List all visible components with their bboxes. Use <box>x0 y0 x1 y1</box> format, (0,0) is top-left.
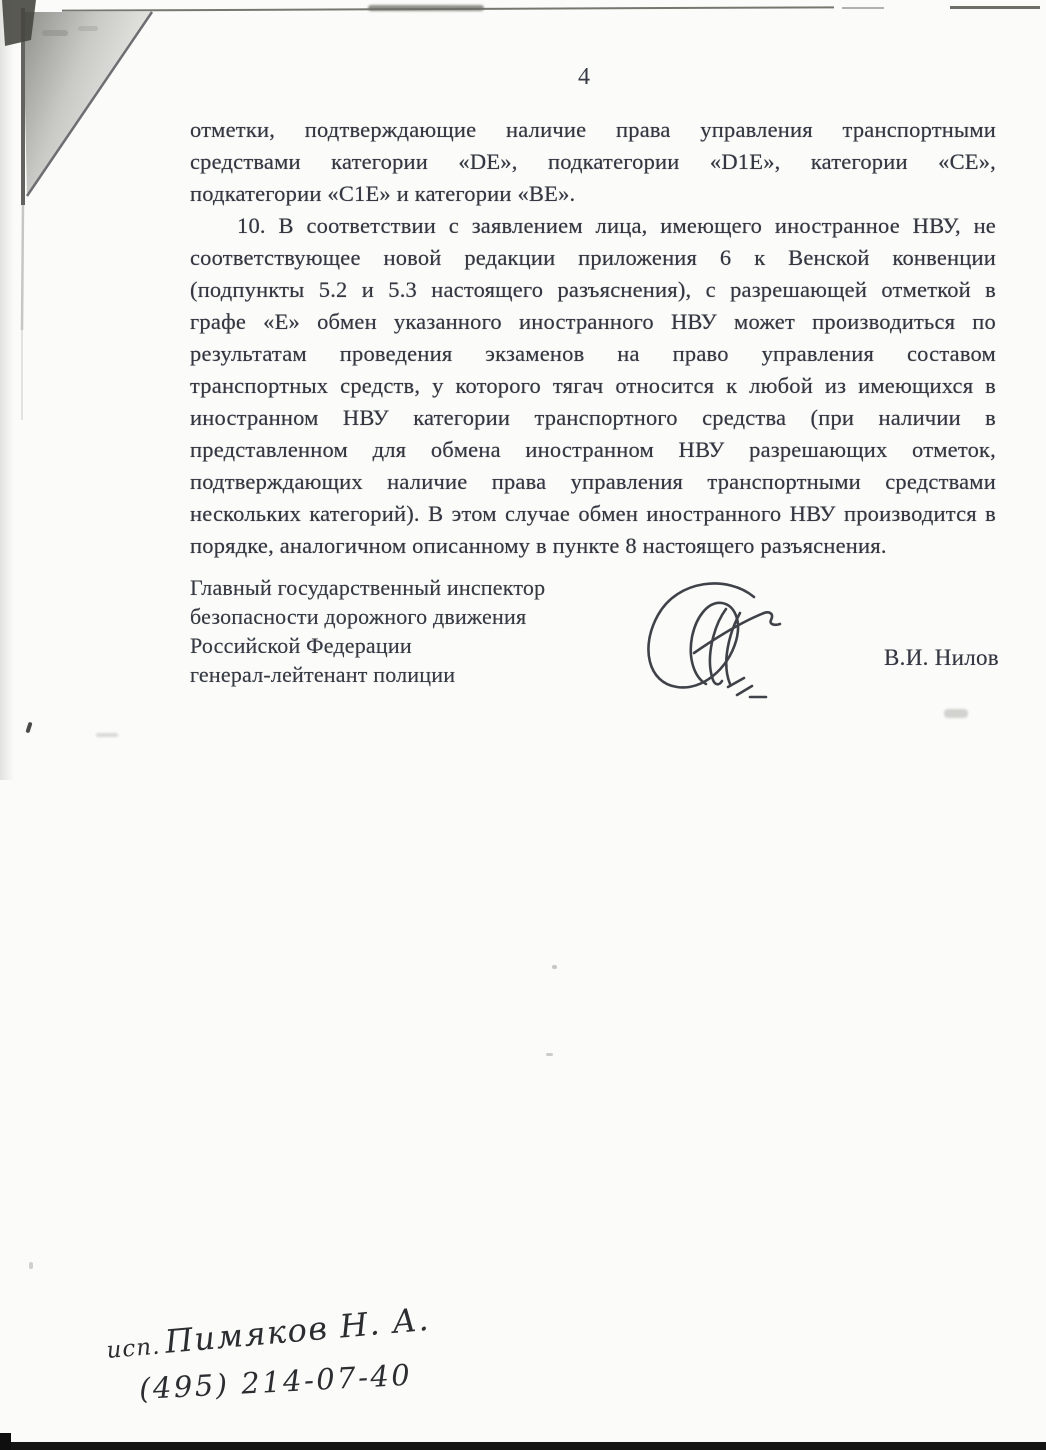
scan-speck <box>546 1053 553 1056</box>
signature-hatch <box>737 686 752 695</box>
signatory-title: Главный государственный инспектор безопа… <box>190 573 545 689</box>
scan-speck <box>552 965 557 969</box>
bottom-scan-edge <box>0 1442 1046 1450</box>
executor-name: Пимяков Н. А. <box>163 1300 431 1361</box>
executor-phone-line: (495) 214-07-40 <box>138 1357 432 1406</box>
signer-name: В.И. Нилов <box>884 645 999 671</box>
corner-smudge <box>42 30 68 36</box>
page-number: 4 <box>578 64 590 91</box>
text-line: нескольких категорий). В этом случае обм… <box>190 498 996 530</box>
bottom-scan-edge-corner <box>0 1433 11 1450</box>
scan-speck <box>29 1262 33 1269</box>
text-line: транспортных средств, у которого тягач о… <box>190 370 996 402</box>
document-body: отметки, подтверждающие наличие права уп… <box>190 114 996 562</box>
ink-speck <box>25 722 32 734</box>
signatory-title-line: Российской Федерации <box>190 631 545 660</box>
text-line: подкатегории «С1Е» и категории «ВЕ». <box>190 178 996 210</box>
text-line: результатам проведения экзаменов на прав… <box>190 338 996 370</box>
corner-smudge <box>78 26 98 31</box>
signature-scribble <box>638 573 818 713</box>
text-line: графе «Е» обмен указанного иностранного … <box>190 306 996 338</box>
corner-dark-blob <box>2 0 36 46</box>
top-edge-dash <box>842 7 884 9</box>
executor-prefix: исп. <box>106 1333 162 1364</box>
text-line: соответствующее новой редакции приложени… <box>190 242 996 274</box>
faint-smudge <box>96 733 118 737</box>
paragraph-2: 10. В соответствии с заявлением лица, им… <box>190 210 996 562</box>
text-line: 10. В соответствии с заявлением лица, им… <box>190 210 996 242</box>
text-line: порядке, аналогичном описанному в пункте… <box>190 530 996 562</box>
signatory-title-line: Главный государственный инспектор <box>190 573 545 602</box>
text-line: отметки, подтверждающие наличие права уп… <box>190 114 996 146</box>
signature-outer-loop <box>648 583 754 687</box>
text-line: (подпункты 5.2 и 5.3 настоящего разъясне… <box>190 274 996 306</box>
faint-smudge <box>944 709 968 718</box>
scanned-document-page: 4 отметки, подтверждающие наличие права … <box>0 0 1046 1450</box>
paragraph-1: отметки, подтверждающие наличие права уп… <box>190 114 996 210</box>
text-line: представленном для обмена иностранном НВ… <box>190 434 996 466</box>
corner-fold-fading-line <box>22 205 23 330</box>
text-line: подтверждающих наличие права управления … <box>190 466 996 498</box>
executor-note: исп. Пимяков Н. А. (495) 214-07-40 <box>108 1328 432 1406</box>
top-edge-dash <box>950 6 1040 9</box>
top-edge-smudge <box>368 5 484 11</box>
text-line: средствами категории «DE», подкатегории … <box>190 146 996 178</box>
text-line: иностранном НВУ категории транспортного … <box>190 402 996 434</box>
executor-name-line: исп. Пимяков Н. А. <box>105 1300 432 1366</box>
signatory-title-line: генерал-лейтенант полиции <box>190 660 545 689</box>
signatory-title-line: безопасности дорожного движения <box>190 602 545 631</box>
